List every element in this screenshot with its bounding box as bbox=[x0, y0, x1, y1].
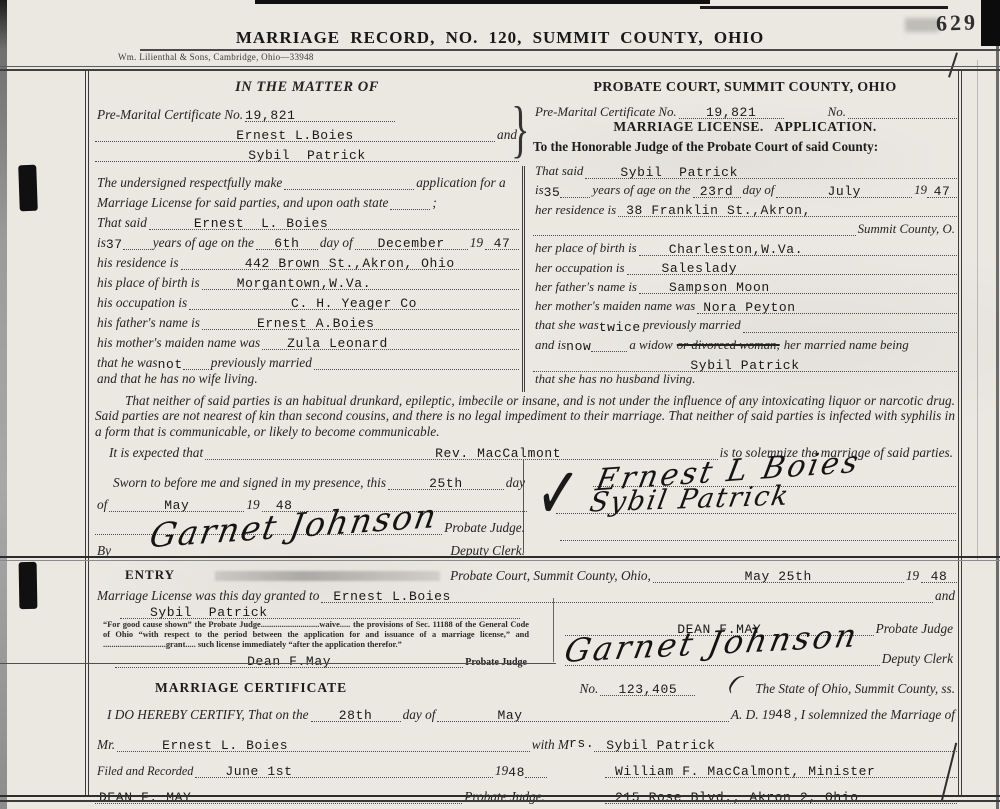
dotted-blank: Morgantown,W.Va. bbox=[202, 276, 519, 290]
intro-row-2: Marriage License for said parties, and u… bbox=[95, 190, 519, 210]
dotted-blank: 123,405 bbox=[600, 682, 695, 696]
dotted-blank bbox=[591, 351, 627, 352]
and-label: and bbox=[933, 589, 957, 603]
ad-label: A. D. 19 bbox=[729, 708, 775, 722]
residence-row: his residence is 442 Brown St.,Akron, Oh… bbox=[95, 250, 519, 270]
scan-edge-left bbox=[0, 0, 7, 809]
dotted-blank: June 1st bbox=[195, 764, 493, 778]
prev-married-label2: previously married bbox=[209, 356, 314, 370]
bottom-rule bbox=[0, 800, 1000, 802]
section-rule bbox=[0, 556, 1000, 558]
dotted-blank bbox=[533, 235, 856, 236]
dotted-blank: Dean F.May bbox=[115, 654, 463, 668]
that-said-label: That said bbox=[533, 165, 585, 179]
entry-right-block: DEAN F.MAY Probate Judge Deputy Clerk Ga… bbox=[565, 610, 955, 666]
dotted-blank: 48 bbox=[921, 569, 957, 583]
dotted-blank: 23rd bbox=[693, 184, 741, 198]
dotted-blank: Charleston,W.Va. bbox=[639, 242, 957, 256]
occupation-typed: C. H. Yeager Co bbox=[291, 297, 417, 310]
premarital-label: Pre-Marital Certificate No. bbox=[533, 106, 679, 120]
dotted-blank bbox=[284, 189, 414, 190]
father-label: her father's name is bbox=[533, 281, 639, 295]
intro-row-1: The undersigned respectfully make applic… bbox=[95, 170, 519, 190]
dotted-blank: 442 Brown St.,Akron, Ohio bbox=[181, 256, 520, 270]
occupation-typed: Saleslady bbox=[662, 262, 738, 275]
county-row: Summit County, O. bbox=[533, 217, 957, 236]
form-border-left bbox=[85, 69, 86, 795]
dotted-blank: Rev. MacCalmont bbox=[205, 446, 717, 460]
bride-name: Sybil Patrick bbox=[248, 149, 366, 162]
now-typed: now bbox=[566, 340, 591, 353]
rs-typed: rs. bbox=[569, 737, 594, 750]
year-typed: 47 bbox=[934, 185, 951, 198]
cert-year-typed: 48 bbox=[775, 708, 792, 721]
no-husband-label: that she has no husband living. bbox=[533, 373, 697, 387]
year-printed: 19 bbox=[904, 569, 921, 583]
printer-credit: Wm. Lilienthal & Sons, Cambridge, Ohio—3… bbox=[118, 52, 314, 62]
prev-married-typed: twice bbox=[599, 321, 641, 334]
dotted-blank: Sybil Patrick bbox=[95, 148, 519, 162]
scan-edge-top-1 bbox=[255, 0, 710, 4]
dotted-blank: Ernest A.Boies bbox=[202, 316, 519, 330]
no-wife-label: and that he has no wife living. bbox=[95, 372, 260, 386]
fold-line bbox=[977, 60, 978, 560]
occupation-row: his occupation is C. H. Yeager Co bbox=[95, 290, 519, 310]
sworn-day-typed: 25th bbox=[429, 477, 463, 490]
couple-row: Mr. Ernest L. Boies with M rs. Sybil Pat… bbox=[95, 722, 957, 752]
previously-married-row: that he was not previously married bbox=[95, 350, 519, 370]
mother-typed: Nora Peyton bbox=[703, 301, 795, 314]
expected-label: It is expected that bbox=[95, 446, 205, 460]
age-row: is 37 years of age on the 6th day of Dec… bbox=[95, 230, 519, 250]
widow-row: and is now a widow or divorced woman, he… bbox=[533, 333, 957, 352]
father-row: her father's name is Sampson Moon bbox=[533, 275, 957, 294]
form-border-right bbox=[961, 69, 962, 795]
filed-date-typed: June 1st bbox=[225, 765, 292, 778]
erased-smudge bbox=[215, 571, 440, 581]
cert-judge-typed: DEAN F. MAY bbox=[99, 791, 191, 804]
struck-text: or divorced woman, bbox=[675, 339, 782, 353]
sworn-section: Sworn to before me and signed in my pres… bbox=[95, 468, 527, 558]
that-said-label: That said bbox=[95, 216, 149, 230]
entry-groom-typed: Ernest L.Boies bbox=[333, 590, 451, 603]
entry-header-row: ENTRY Probate Court, Summit County, Ohio… bbox=[95, 566, 957, 583]
state-line-label: The State of Ohio, Summit County, ss. bbox=[753, 682, 957, 696]
dotted-blank bbox=[560, 197, 590, 198]
cert-groom-typed: Ernest L. Boies bbox=[162, 739, 288, 752]
bride-application-section: PROBATE COURT, SUMMIT COUNTY, OHIO Pre-M… bbox=[533, 80, 957, 387]
dotted-blank: December bbox=[355, 236, 468, 250]
residence-row: her residence is 38 Franklin St.,Akron, bbox=[533, 198, 957, 217]
dotted-blank: Sybil Patrick bbox=[594, 738, 957, 752]
dotted-blank: Ernest L. Boies bbox=[149, 216, 519, 230]
dotted-blank: Ernest L.Boies bbox=[95, 128, 495, 142]
is-label: is bbox=[533, 184, 544, 198]
section-heading: IN THE MATTER OF bbox=[95, 80, 519, 102]
cert-month-typed: May bbox=[497, 709, 522, 722]
entry-judge-typed: Dean F.May bbox=[247, 655, 331, 668]
day-label: day bbox=[504, 476, 527, 490]
prev-married-label: that he was bbox=[95, 356, 158, 370]
age-label: years of age on the bbox=[590, 184, 692, 198]
certificate-section: MARRIAGE CERTIFICATE No. 123,405 ( The S… bbox=[95, 672, 957, 804]
birthplace-label: her place of birth is bbox=[533, 242, 639, 256]
age-typed: 35 bbox=[544, 186, 561, 199]
dotted-blank: Ernest L. Boies bbox=[117, 738, 530, 752]
dotted-blank: Sybil Patrick bbox=[120, 605, 520, 619]
prev-married-label: that she was bbox=[533, 319, 599, 333]
dotted-blank bbox=[743, 332, 957, 333]
certify-row: I DO HEREBY CERTIFY, That on the 28th da… bbox=[95, 696, 957, 722]
married-name-row: Sybil Patrick bbox=[533, 352, 957, 371]
license-number-typed: 123,405 bbox=[618, 683, 677, 696]
residence-label: his residence is bbox=[95, 256, 181, 270]
rule-line bbox=[140, 49, 1000, 51]
rule-line bbox=[0, 66, 1000, 67]
premarital-row: Pre-Marital Certificate No. 19,821 bbox=[95, 102, 519, 122]
year-typed: 47 bbox=[494, 237, 511, 250]
groom-name-typed: Ernest L. Boies bbox=[194, 217, 328, 230]
license-heading: MARRIAGE LICENSE. APPLICATION. bbox=[533, 119, 957, 139]
to-judge-heading: To the Honorable Judge of the Probate Co… bbox=[533, 139, 957, 159]
mother-label: his mother's maiden name was bbox=[95, 336, 262, 350]
birthplace-typed: Charleston,W.Va. bbox=[669, 243, 803, 256]
cert-bride-typed: Sybil Patrick bbox=[606, 739, 715, 752]
birthplace-typed: Morgantown,W.Va. bbox=[237, 277, 371, 290]
certificate-header-row: MARRIAGE CERTIFICATE No. 123,405 ( The S… bbox=[95, 672, 957, 696]
entry-bride-typed: Sybil Patrick bbox=[150, 606, 268, 619]
dotted-blank: Sybil Patrick bbox=[533, 358, 957, 372]
dotted-blank: Sybil Patrick bbox=[585, 165, 957, 179]
pen-curl-mark: ( bbox=[725, 669, 745, 697]
dotted-blank: May bbox=[437, 708, 728, 722]
dotted-blank: Zula Leonard bbox=[262, 336, 519, 350]
birthplace-row: his place of birth is Morgantown,W.Va. bbox=[95, 270, 519, 290]
no-wife-row: and that he has no wife living. bbox=[95, 370, 519, 386]
granted-label: Marriage License was this day granted to bbox=[95, 589, 321, 603]
month-typed: July bbox=[827, 185, 861, 198]
of-label: of bbox=[95, 498, 109, 512]
address-typed: 215 Rose Blvd., Akron 2, Ohio bbox=[615, 791, 859, 804]
bride-name-row: Sybil Patrick bbox=[95, 142, 519, 162]
and-is-label: and is bbox=[533, 339, 566, 353]
groom-application-section: IN THE MATTER OF Pre-Marital Certificate… bbox=[95, 80, 519, 386]
bottom-rule bbox=[0, 795, 1000, 797]
mr-label: Mr. bbox=[95, 738, 117, 752]
birthplace-row: her place of birth is Charleston,W.Va. bbox=[533, 236, 957, 255]
premarital-number: 19,821 bbox=[706, 106, 756, 119]
bride-name-typed: Sybil Patrick bbox=[620, 166, 738, 179]
filed-label: Filed and Recorded bbox=[95, 765, 195, 778]
father-row: his father's name is Ernest A.Boies bbox=[95, 310, 519, 330]
court-heading: PROBATE COURT, SUMMIT COUNTY, OHIO bbox=[533, 80, 957, 100]
premarital-label: Pre-Marital Certificate No. bbox=[95, 108, 245, 122]
residence-typed: 38 Franklin St.,Akron, bbox=[626, 204, 811, 217]
column-divider bbox=[524, 166, 525, 392]
affidavit-paragraph: That neither of said parties is an habit… bbox=[95, 393, 955, 439]
mother-row: her mother's maiden name was Nora Peyton bbox=[533, 294, 957, 313]
intro-label: Marriage License for said parties, and u… bbox=[95, 196, 390, 210]
dotted-blank: 47 bbox=[485, 236, 519, 250]
dotted-blank: 38 Franklin St.,Akron, bbox=[618, 203, 957, 217]
entry-heading: ENTRY bbox=[125, 567, 175, 583]
premarital-row: Pre-Marital Certificate No. 19,821 No. bbox=[533, 100, 957, 119]
minister-cell: William F. MacCalmont, Minister bbox=[605, 752, 957, 778]
certify-label: I DO HEREBY CERTIFY, That on the bbox=[95, 708, 311, 722]
no-label: No. bbox=[826, 106, 848, 120]
no-label: No. bbox=[578, 682, 601, 696]
day-of-label: day of bbox=[401, 708, 438, 722]
dotted-blank: Sampson Moon bbox=[639, 280, 957, 294]
intro-label: The undersigned respectfully make bbox=[95, 176, 284, 190]
age-typed: 37 bbox=[106, 238, 123, 251]
dotted-blank bbox=[183, 369, 209, 370]
residence-typed: 442 Brown St.,Akron, Ohio bbox=[245, 257, 455, 270]
certify-label2: , I solemnized the Marriage of bbox=[792, 708, 957, 722]
no-husband-row: that she has no husband living. bbox=[533, 372, 957, 387]
mother-label: her mother's maiden name was bbox=[533, 300, 697, 314]
prev-married-label2: previously married bbox=[641, 319, 743, 333]
dotted-blank: 19,821 bbox=[245, 108, 395, 122]
day-typed: 23rd bbox=[700, 185, 734, 198]
scan-edge-top-2 bbox=[700, 6, 948, 9]
widow-label: a widow bbox=[627, 339, 674, 353]
entry-bride-row: Sybil Patrick bbox=[120, 605, 520, 619]
entry-date-typed: May 25th bbox=[745, 570, 812, 583]
day-of-label: day of bbox=[318, 236, 355, 250]
rule-line bbox=[0, 69, 1000, 71]
filed-year-typed: 48 bbox=[508, 766, 525, 779]
probate-judge-label: Probate Judge bbox=[874, 622, 955, 636]
filed-left: Filed and Recorded June 1st 19 48 bbox=[95, 752, 547, 778]
groom-name-row: Ernest L.Boies and bbox=[95, 122, 519, 142]
intro-label: ; bbox=[430, 196, 438, 210]
binder-mark-top bbox=[18, 165, 38, 212]
dotted-blank: 47 bbox=[927, 184, 957, 198]
father-label: his father's name is bbox=[95, 316, 202, 330]
entry-judge-row-left: Dean F.May Probate Judge bbox=[115, 654, 529, 668]
column-divider bbox=[522, 166, 523, 392]
with-label: with M bbox=[530, 738, 569, 752]
entry-clerk-row: Deputy Clerk Garnet Johnson bbox=[565, 636, 955, 666]
marriage-record-scan: 629 MARRIAGE RECORD, NO. 120, SUMMIT COU… bbox=[0, 0, 1000, 809]
dotted-blank: 25th bbox=[388, 476, 504, 490]
intro-label: application for a bbox=[414, 176, 507, 190]
dotted-blank bbox=[560, 540, 956, 541]
pen-slash-top-right bbox=[948, 52, 958, 77]
that-said-row: That said Sybil Patrick bbox=[533, 159, 957, 178]
sworn-month-typed: May bbox=[164, 499, 189, 512]
page-title: MARRIAGE RECORD, NO. 120, SUMMIT COUNTY,… bbox=[0, 28, 1000, 48]
groom-name: Ernest L.Boies bbox=[236, 129, 354, 142]
father-typed: Ernest A.Boies bbox=[257, 317, 375, 330]
occupation-label: his occupation is bbox=[95, 296, 189, 310]
dotted-blank: William F. MacCalmont, Minister bbox=[605, 764, 957, 778]
dotted-blank: C. H. Yeager Co bbox=[189, 296, 519, 310]
prev-married-typed: not bbox=[158, 358, 183, 371]
dotted-blank bbox=[123, 249, 151, 250]
certificate-heading: MARRIAGE CERTIFICATE bbox=[155, 680, 347, 696]
age-row: is 35 years of age on the 23rd day of Ju… bbox=[533, 179, 957, 198]
minister-typed: William F. MacCalmont, Minister bbox=[615, 765, 875, 778]
binder-mark-bottom bbox=[19, 562, 38, 609]
year-printed: 19 bbox=[912, 184, 927, 198]
sworn-label: Sworn to before me and signed in my pres… bbox=[95, 476, 388, 490]
and-label: and bbox=[495, 128, 519, 142]
occupation-label: her occupation is bbox=[533, 262, 627, 276]
dotted-blank: 6th bbox=[256, 236, 318, 250]
birthplace-label: his place of birth is bbox=[95, 276, 202, 290]
month-typed: December bbox=[378, 237, 445, 250]
dotted-blank bbox=[390, 209, 430, 210]
section-rule bbox=[0, 663, 556, 664]
is-label: is bbox=[95, 236, 106, 250]
deputy-clerk-label: Deputy Clerk bbox=[880, 652, 955, 666]
premarital-number: 19,821 bbox=[245, 109, 295, 122]
mother-row: his mother's maiden name was Zula Leonar… bbox=[95, 330, 519, 350]
filed-row: Filed and Recorded June 1st 19 48 Willia… bbox=[95, 752, 957, 778]
previously-married-row: that she was twice previously married bbox=[533, 314, 957, 333]
that-said-row: That said Ernest L. Boies bbox=[95, 210, 519, 230]
waiver-fine-print: “For good cause shown” the Probate Judge… bbox=[103, 620, 529, 649]
dotted-blank: 19,821 bbox=[679, 105, 784, 119]
dotted-blank: Nora Peyton bbox=[697, 300, 957, 314]
year-printed: 19 bbox=[493, 764, 508, 778]
day-of-label: day of bbox=[741, 184, 777, 198]
signature-line-3 bbox=[560, 514, 956, 541]
dotted-blank: Saleslady bbox=[627, 261, 957, 275]
scan-edge-right bbox=[996, 46, 999, 809]
dotted-blank: July bbox=[776, 184, 912, 198]
entry-year-typed: 48 bbox=[931, 570, 948, 583]
dotted-blank: 28th bbox=[311, 708, 401, 722]
check-mark: ✓ bbox=[533, 454, 582, 538]
married-name-label: her married name being bbox=[782, 339, 911, 353]
entry-court-label: Probate Court, Summit County, Ohio, bbox=[448, 569, 653, 583]
age-label: years of age on the bbox=[151, 236, 256, 250]
sworn-row-1: Sworn to before me and signed in my pres… bbox=[95, 468, 527, 490]
probate-judge-label: Probate Judge. bbox=[442, 521, 527, 535]
married-name-typed: Sybil Patrick bbox=[690, 359, 799, 372]
form-border-right bbox=[958, 69, 959, 795]
day-typed: 6th bbox=[274, 237, 299, 250]
cert-day-typed: 28th bbox=[339, 709, 373, 722]
form-border-left bbox=[88, 69, 89, 795]
applicant-signatures: ✓ Ernest L Boies Sybil Patrick bbox=[538, 460, 956, 552]
entry-granted-row: Marriage License was this day granted to… bbox=[95, 587, 957, 603]
mother-typed: Zula Leonard bbox=[287, 337, 388, 350]
dotted-blank: May 25th bbox=[653, 569, 904, 583]
section-rule bbox=[0, 560, 1000, 561]
dotted-blank: Ernest L.Boies bbox=[321, 589, 933, 603]
county-label: Summit County, O. bbox=[856, 223, 957, 237]
residence-label: her residence is bbox=[533, 204, 618, 218]
father-typed: Sampson Moon bbox=[669, 281, 770, 294]
entry-section: ENTRY Probate Court, Summit County, Ohio… bbox=[95, 566, 957, 666]
year-printed: 19 bbox=[468, 236, 485, 250]
occupation-row: her occupation is Saleslady bbox=[533, 256, 957, 275]
dotted-blank bbox=[314, 369, 519, 370]
